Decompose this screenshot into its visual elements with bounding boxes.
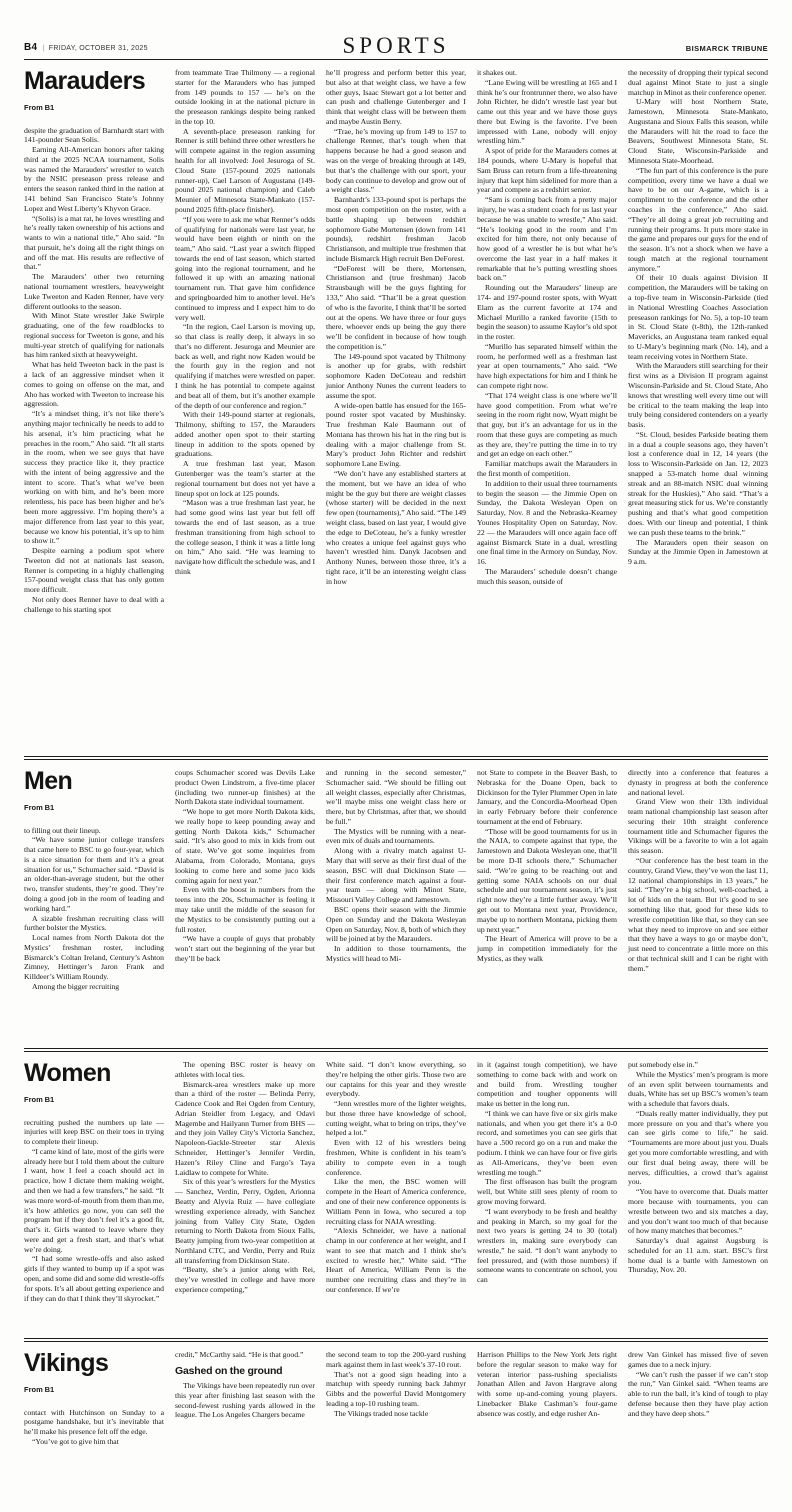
- paragraph: “I came kind of late, most of the girls …: [24, 1147, 164, 1255]
- paragraph: “Lane Ewing will be wrestling at 165 and…: [477, 78, 617, 146]
- paragraph: “We hope to get more North Dakota kids, …: [175, 807, 315, 885]
- article-men: MenFrom B1to filling out their lineup.“W…: [24, 760, 768, 1038]
- paragraph: A sizable freshman recruiting class will…: [24, 914, 164, 934]
- men-column-3: and running in the second semester,” Sch…: [326, 768, 466, 964]
- paragraph: In addition to those tournaments, the My…: [326, 944, 466, 964]
- article-headline: Men: [24, 769, 164, 794]
- paragraph: Local names from North Dakota dot the My…: [24, 933, 164, 982]
- marauders-column-3: he’ll progress and perform better this y…: [326, 68, 466, 586]
- paragraph: “In the region, Cael Larson is moving up…: [175, 322, 315, 410]
- article-headline: Vikings: [24, 1351, 164, 1376]
- marauders-column-5: the necessity of dropping their typical …: [628, 68, 768, 567]
- paragraph: With their 149-pound starter at regional…: [175, 410, 315, 459]
- newspaper-name: BISMARCK TRIBUNE: [686, 44, 768, 53]
- paragraph: “Murillo has separated himself within th…: [477, 342, 617, 391]
- paragraph: Not only does Renner have to deal with a…: [24, 595, 164, 615]
- paragraph: Even with the boost in numbers from the …: [175, 885, 315, 934]
- paragraph: Rounding out the Marauders’ lineup are 1…: [477, 283, 617, 342]
- paragraph: to filling out their lineup.: [24, 826, 164, 836]
- paragraph: “If you were to ask me what Renner’s odd…: [175, 215, 315, 323]
- paragraph: he’ll progress and perform better this y…: [326, 68, 466, 127]
- paragraph: Bismarck-area wrestlers make up more tha…: [175, 1080, 315, 1178]
- paragraph: The opening BSC roster is heavy on athle…: [175, 1060, 315, 1080]
- vikings-column-4: Harrison Phillips to the New York Jets r…: [477, 1350, 617, 1418]
- paragraph: The first offseason has built the progra…: [477, 1177, 617, 1206]
- paragraph: The Marauders open their season on Sunda…: [628, 538, 768, 567]
- paragraph: Six of this year’s wrestlers for the Mys…: [175, 1177, 315, 1265]
- paragraph: the second team to top the 200-yard rush…: [326, 1350, 466, 1370]
- women-column-3: White said. “I don’t know everything, so…: [326, 1060, 466, 1295]
- paragraph: The Heart of America will prove to be a …: [477, 934, 617, 963]
- vikings-column-5: drew Van Ginkel has missed five of seven…: [628, 1350, 768, 1418]
- paragraph: While the Mystics’ men’s program is more…: [628, 1070, 768, 1109]
- paragraph: despite the graduation of Barnhardt star…: [24, 126, 164, 146]
- paragraph: “I think we can have five or six girls m…: [477, 1109, 617, 1177]
- paragraph: “Mason was a true freshman last year, he…: [175, 498, 315, 576]
- paragraph: “(Solis) is a mat rat, he loves wrestlin…: [24, 214, 164, 273]
- paragraph: contact with Hutchinson on Sunday to a p…: [24, 1408, 164, 1437]
- paragraph: Despite earning a podium spot where Twee…: [24, 546, 164, 595]
- paragraph: The Marauders’ schedule doesn’t change m…: [477, 567, 617, 587]
- masthead: B4| FRIDAY, OCTOBER 31, 2025 SPORTS BISM…: [24, 34, 768, 60]
- continuation-label: From B1: [24, 1095, 164, 1105]
- women-column-4: in it (against tough competition), we ha…: [477, 1060, 617, 1285]
- paragraph: “We have some junior college transfers t…: [24, 835, 164, 913]
- women-column-5: put somebody else in.”While the Mystics’…: [628, 1060, 768, 1275]
- paragraph: What has held Tweeton back in the past i…: [24, 360, 164, 409]
- paragraph: “I want everybody to be fresh and health…: [477, 1207, 617, 1285]
- paragraph: Of their 10 duals against Division II co…: [628, 273, 768, 361]
- paragraph: Saturday’s dual against Augsburg is sche…: [628, 1236, 768, 1275]
- men-column-4: not State to compete in the Beaver Bash,…: [477, 768, 617, 964]
- masthead-folio: B4| FRIDAY, OCTOBER 31, 2025: [24, 42, 148, 53]
- vikings-column-1: VikingsFrom B1contact with Hutchinson on…: [24, 1350, 164, 1447]
- paragraph: “Alexis Schneider, we have a national ch…: [326, 1226, 466, 1294]
- paragraph: credit,” McCarthy said. “He is that good…: [175, 1350, 315, 1360]
- paragraph: in it (against tough competition), we ha…: [477, 1060, 617, 1109]
- paragraph: “The fun part of this conference is the …: [628, 166, 768, 274]
- men-column-5: directly into a conference that features…: [628, 768, 768, 973]
- paragraph: Like the men, the BSC women will compete…: [326, 1177, 466, 1226]
- men-column-1: MenFrom B1to filling out their lineup.“W…: [24, 768, 164, 992]
- paragraph: A spot of pride for the Marauders comes …: [477, 146, 617, 195]
- paragraph: The 149-pound spot vacated by Thilmony i…: [326, 352, 466, 401]
- paragraph: “Jenn wrestles more of the lighter weigh…: [326, 1099, 466, 1138]
- paragraph: drew Van Ginkel has missed five of seven…: [628, 1350, 768, 1370]
- paragraph: Familiar matchups await the Marauders in…: [477, 459, 617, 479]
- paragraph: Earning All-American honors after taking…: [24, 145, 164, 213]
- women-column-2: The opening BSC roster is heavy on athle…: [175, 1060, 315, 1295]
- paragraph: “Beatty, she’s a junior along with Rei, …: [175, 1265, 315, 1294]
- continuation-label: From B1: [24, 103, 164, 113]
- paragraph: Among the bigger recruiting: [24, 982, 164, 992]
- paragraph: “You’ve got to give him that: [24, 1437, 164, 1447]
- paragraph: A true freshman last year, Mason Gutenbe…: [175, 459, 315, 498]
- men-column-2: coups Schumacher scored was Devils Lake …: [175, 768, 315, 964]
- paragraph: With the Marauders still searching for t…: [628, 361, 768, 429]
- newspaper-page: B4| FRIDAY, OCTOBER 31, 2025 SPORTS BISM…: [0, 0, 792, 1512]
- paragraph: Barnhardt’s 133-pound spot is perhaps th…: [326, 195, 466, 263]
- sub-headline: Gashed on the ground: [175, 1365, 315, 1378]
- paragraph: The Marauders’ other two returning natio…: [24, 272, 164, 311]
- paragraph: “I had some wrestle-offs and also asked …: [24, 1254, 164, 1303]
- continuation-label: From B1: [24, 1385, 164, 1395]
- paragraph: “Trae, he’s moving up from 149 to 157 to…: [326, 127, 466, 195]
- paragraph: “You have to overcome that. Duals matter…: [628, 1187, 768, 1236]
- paragraph: That’s not a good sign heading into a ma…: [326, 1370, 466, 1409]
- paragraph: BSC opens their season with the Jimmie O…: [326, 905, 466, 944]
- article-women: WomenFrom B1recruiting pushed the number…: [24, 1052, 768, 1328]
- paragraph: Harrison Phillips to the New York Jets r…: [477, 1350, 617, 1418]
- paragraph: A wide-open battle has ensued for the 16…: [326, 401, 466, 469]
- paragraph: “We have a couple of guys that probably …: [175, 934, 315, 963]
- paragraph: from teammate Trae Thilmony — a regional…: [175, 68, 315, 127]
- paragraph: The Mystics will be running with a near-…: [326, 827, 466, 847]
- paragraph: A seventh-place preseason ranking for Re…: [175, 127, 315, 215]
- folio-divider: |: [42, 45, 44, 52]
- paragraph: In addition to their usual three tournam…: [477, 479, 617, 567]
- masthead-date: FRIDAY, OCTOBER 31, 2025: [49, 45, 148, 52]
- marauders-column-2: from teammate Trae Thilmony — a regional…: [175, 68, 315, 577]
- paragraph: “We don’t have any established starters …: [326, 469, 466, 586]
- marauders-column-1: MaraudersFrom B1despite the graduation o…: [24, 68, 164, 615]
- paragraph: put somebody else in.”: [628, 1060, 768, 1070]
- article-headline: Women: [24, 1061, 164, 1086]
- paragraph: “Duals really matter individually, they …: [628, 1109, 768, 1187]
- paragraph: Grand View won their 13th individual tea…: [628, 797, 768, 856]
- paragraph: directly into a conference that features…: [628, 768, 768, 797]
- women-column-1: WomenFrom B1recruiting pushed the number…: [24, 1060, 164, 1303]
- vikings-column-2: credit,” McCarthy said. “He is that good…: [175, 1350, 315, 1420]
- paragraph: it shakes out.: [477, 68, 617, 78]
- paragraph: With Minot State wrestler Jake Swirple g…: [24, 311, 164, 360]
- paragraph: Even with 12 of his wrestlers being fres…: [326, 1138, 466, 1177]
- paragraph: “It’s a mindset thing, it’s not like the…: [24, 409, 164, 546]
- paragraph: not State to compete in the Beaver Bash,…: [477, 768, 617, 827]
- article-vikings: VikingsFrom B1contact with Hutchinson on…: [24, 1342, 768, 1480]
- paragraph: “That 174 weight class is one where we’l…: [477, 391, 617, 459]
- paragraph: U-Mary will host Northern State, Jamesto…: [628, 97, 768, 165]
- vikings-column-3: the second team to top the 200-yard rush…: [326, 1350, 466, 1418]
- page-number: B4: [24, 42, 37, 53]
- paragraph: “DeForest will be there, Mortensen, Chri…: [326, 264, 466, 352]
- articles-container: MaraudersFrom B1despite the graduation o…: [24, 60, 768, 1480]
- paragraph: “St. Cloud, besides Parkside beating the…: [628, 430, 768, 538]
- paragraph: White said. “I don’t know everything, so…: [326, 1060, 466, 1099]
- paragraph: the necessity of dropping their typical …: [628, 68, 768, 97]
- paragraph: coups Schumacher scored was Devils Lake …: [175, 768, 315, 807]
- paragraph: recruiting pushed the numbers up late — …: [24, 1118, 164, 1147]
- paragraph: “Sam is coming back from a pretty major …: [477, 195, 617, 283]
- article-marauders: MaraudersFrom B1despite the graduation o…: [24, 60, 768, 746]
- paragraph: The Vikings have been repeatedly run ove…: [175, 1381, 315, 1420]
- article-headline: Marauders: [24, 69, 164, 94]
- section-title: SPORTS: [343, 33, 450, 59]
- marauders-column-4: it shakes out.“Lane Ewing will be wrestl…: [477, 68, 617, 586]
- paragraph: The Vikings traded nose tackle: [326, 1409, 466, 1419]
- paragraph: “We can’t rush the passer if we can’t st…: [628, 1370, 768, 1419]
- paragraph: Along with a rivalry match against U-Mar…: [326, 846, 466, 905]
- paragraph: “Those will be good tournaments for us i…: [477, 827, 617, 935]
- continuation-label: From B1: [24, 803, 164, 813]
- paragraph: “Our conference has the best team in the…: [628, 856, 768, 973]
- paragraph: and running in the second semester,” Sch…: [326, 768, 466, 827]
